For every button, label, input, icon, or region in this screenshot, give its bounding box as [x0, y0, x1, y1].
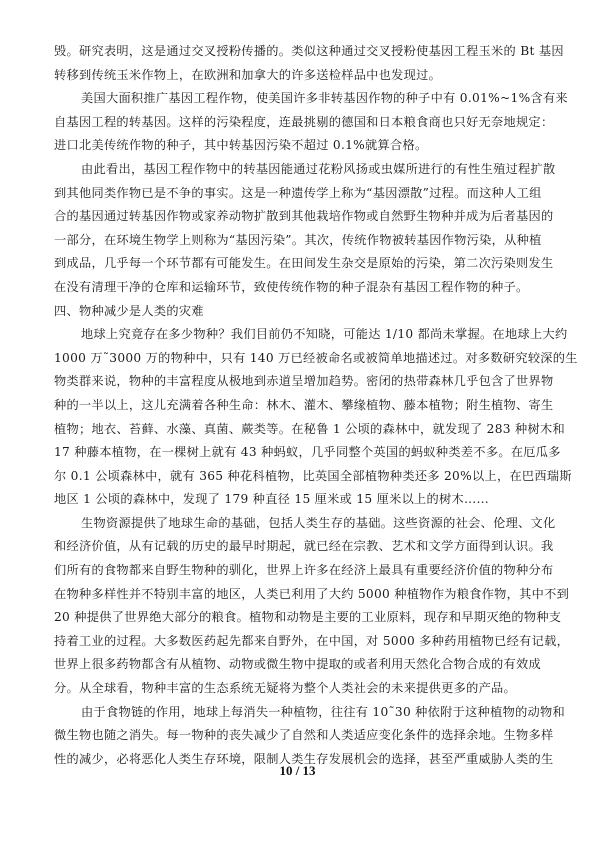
- text-line: 微生物也随之消失。每一物种的丧失减少了自然和人类适应变化条件的选择余地。生物多样: [54, 724, 542, 748]
- text-line: 世界上很多药物都含有从植物、动物或微生物中提取的或者利用天然化合物合成的有效成: [54, 653, 542, 677]
- text-line: 地球上究竟存在多少物种？我们目前仍不知晓，可能达 1/10 都尚未掌握。在地球上…: [54, 323, 542, 347]
- page-number: 10 / 13: [0, 763, 595, 779]
- text-line: 20 种提供了世界绝大部分的粮食。植物和动物是主要的工业原料，现存和早期灭绝的物…: [54, 606, 542, 630]
- text-line: 到成品，几乎每一个环节都有可能发生。在田间发生杂交是原始的污染，第二次污染则发生: [54, 252, 542, 276]
- document-body: 毁。研究表明，这是通过交叉授粉传播的。类似这种通过交叉授粉使基因工程玉米的 Bt…: [54, 40, 542, 771]
- text-line: 生物资源提供了地球生命的基础，包括人类生存的基础。这些资源的社会、伦理、文化: [54, 512, 542, 536]
- text-line: 尔 0.1 公顷森林中，就有 365 种花科植物，比英国全部植物种类还多 20%…: [54, 465, 542, 489]
- text-line: 分。从全球看，物种丰富的生态系统无疑将为整个人类社会的未来提供更多的产品。: [54, 677, 542, 701]
- text-line: 由此看出，基因工程作物中的转基因能通过花粉风扬或虫媒所进行的有性生殖过程扩散: [54, 158, 542, 182]
- text-line: 在没有清理干净的仓库和运输环节，致使传统作物的种子混杂有基因工程作物的种子。: [54, 276, 542, 300]
- text-line: 毁。研究表明，这是通过交叉授粉传播的。类似这种通过交叉授粉使基因工程玉米的 Bt…: [54, 40, 542, 64]
- text-line: 合的基因通过转基因作物或家养动物扩散到其他栽培作物或自然野生物种并成为后者基因的: [54, 205, 542, 229]
- text-line: 转移到传统玉米作物上，在欧洲和加拿大的许多送检样品中也发现过。: [54, 64, 542, 88]
- text-line: 由于食物链的作用，地球上每消失一种植物，往往有 10˜30 种依附于这种植物的动…: [54, 701, 542, 725]
- text-line: 们所有的食物都来自野生物种的驯化，世界上许多在经济上最具有重要经济价值的物种分布: [54, 559, 542, 583]
- text-line: 和经济价值，从有记载的历史的最早时期起，就已经在宗教、艺术和文学方面得到认识。我: [54, 535, 542, 559]
- text-line: 自基因工程的转基因。这样的污染程度，连最挑剔的德国和日本粮食商也只好无奈地规定：: [54, 111, 542, 135]
- document-page: 毁。研究表明，这是通过交叉授粉传播的。类似这种通过交叉授粉使基因工程玉米的 Bt…: [0, 0, 595, 841]
- text-line: 1000 万˜3000 万的物种中，只有 140 万已经被命名或被简单地描述过。…: [54, 347, 542, 371]
- section-heading: 四、物种减少是人类的灾难: [54, 300, 542, 324]
- text-line: 一部分，在环境生物学上则称为“基因污染”。其次，传统作物被转基因作物污染，从种植: [54, 229, 542, 253]
- text-line: 地区 1 公顷的森林中，发现了 179 种直径 15 厘米或 15 厘米以上的树…: [54, 488, 542, 512]
- text-line: 持着工业的过程。大多数医药起先都来自野外，在中国，对 5000 多种药用植物已经…: [54, 630, 542, 654]
- text-line: 到其他同类作物已是不争的事实。这是一种遗传学上称为“基因漂散”过程。而这种人工组: [54, 182, 542, 206]
- text-line: 植物；地衣、苔藓、水藻、真菌、蕨类等。在秘鲁 1 公顷的森林中，就发现了 283…: [54, 418, 542, 442]
- text-line: 种的一半以上，这儿充满着各种生命：林木、灌木、攀缘植物、藤本植物；附生植物、寄生: [54, 394, 542, 418]
- text-line: 美国大面积推广基因工程作物，使美国许多非转基因作物的种子中有 0.01%~1%含…: [54, 87, 542, 111]
- text-line: 在物种多样性并不特别丰富的地区，人类已利用了大约 5000 种植物作为粮食作物，…: [54, 583, 542, 607]
- text-line: 17 种藤本植物，在一棵树上就有 43 种蚂蚁，几乎同整个英国的蚂蚁种类差不多。…: [54, 441, 542, 465]
- text-line: 进口北美传统作物的种子，其中转基因污染不超过 0.1%就算合格。: [54, 134, 542, 158]
- text-line: 物类群来说，物种的丰富程度从极地到赤道呈增加趋势。密闭的热带森林几乎包含了世界物: [54, 370, 542, 394]
